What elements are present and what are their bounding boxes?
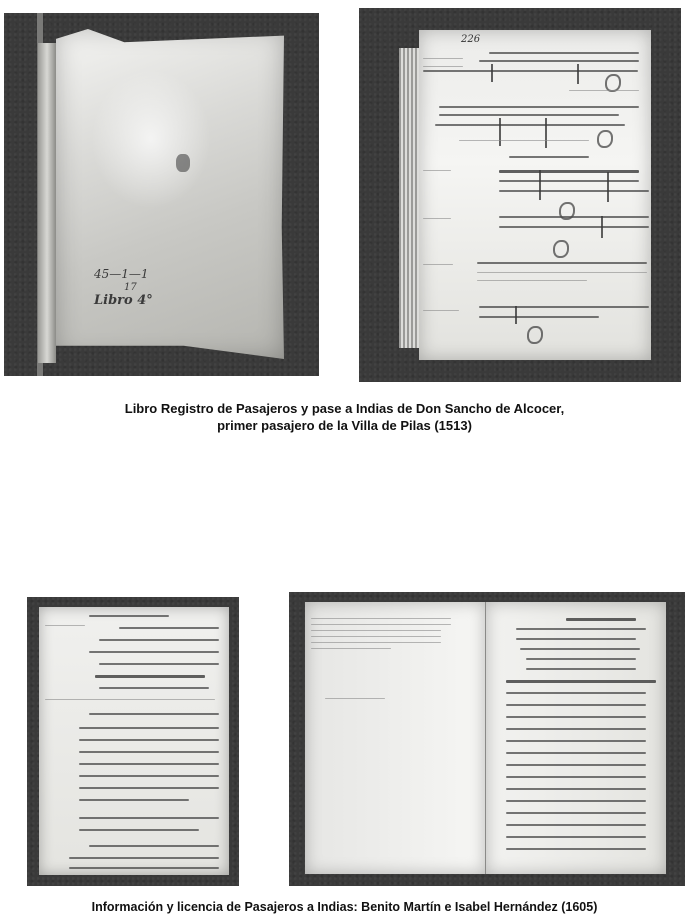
left-page: [305, 602, 485, 874]
caption-bottom-line-1: Información y licencia de Pasajeros a In…: [0, 899, 689, 916]
right-page: [486, 602, 666, 874]
caption-top-line-1: Libro Registro de Pasajeros y pase a Ind…: [0, 400, 689, 417]
inscription-line-3: Libro 4°: [94, 294, 153, 307]
page-edges: [399, 48, 421, 348]
manuscript-page: [39, 607, 229, 875]
register-page-photo: 226: [359, 8, 681, 382]
cover-inscription: 45—1—1 17 Libro 4°: [94, 268, 153, 307]
inscription-line-1: 45—1—1: [94, 267, 149, 281]
caption-top: Libro Registro de Pasajeros y pase a Ind…: [0, 400, 689, 434]
license-document-photo: [27, 597, 239, 886]
license-spread-photo: [289, 592, 685, 886]
manuscript-page: 226: [419, 30, 651, 360]
vellum-cover: [56, 29, 284, 359]
page-number: 226: [461, 34, 480, 45]
book-cover-photo: 45—1—1 17 Libro 4°: [4, 13, 319, 376]
caption-top-line-2: primer pasajero de la Villa de Pilas (15…: [0, 417, 689, 434]
caption-bottom: Información y licencia de Pasajeros a In…: [0, 899, 689, 916]
book-spine-edge: [38, 43, 56, 363]
